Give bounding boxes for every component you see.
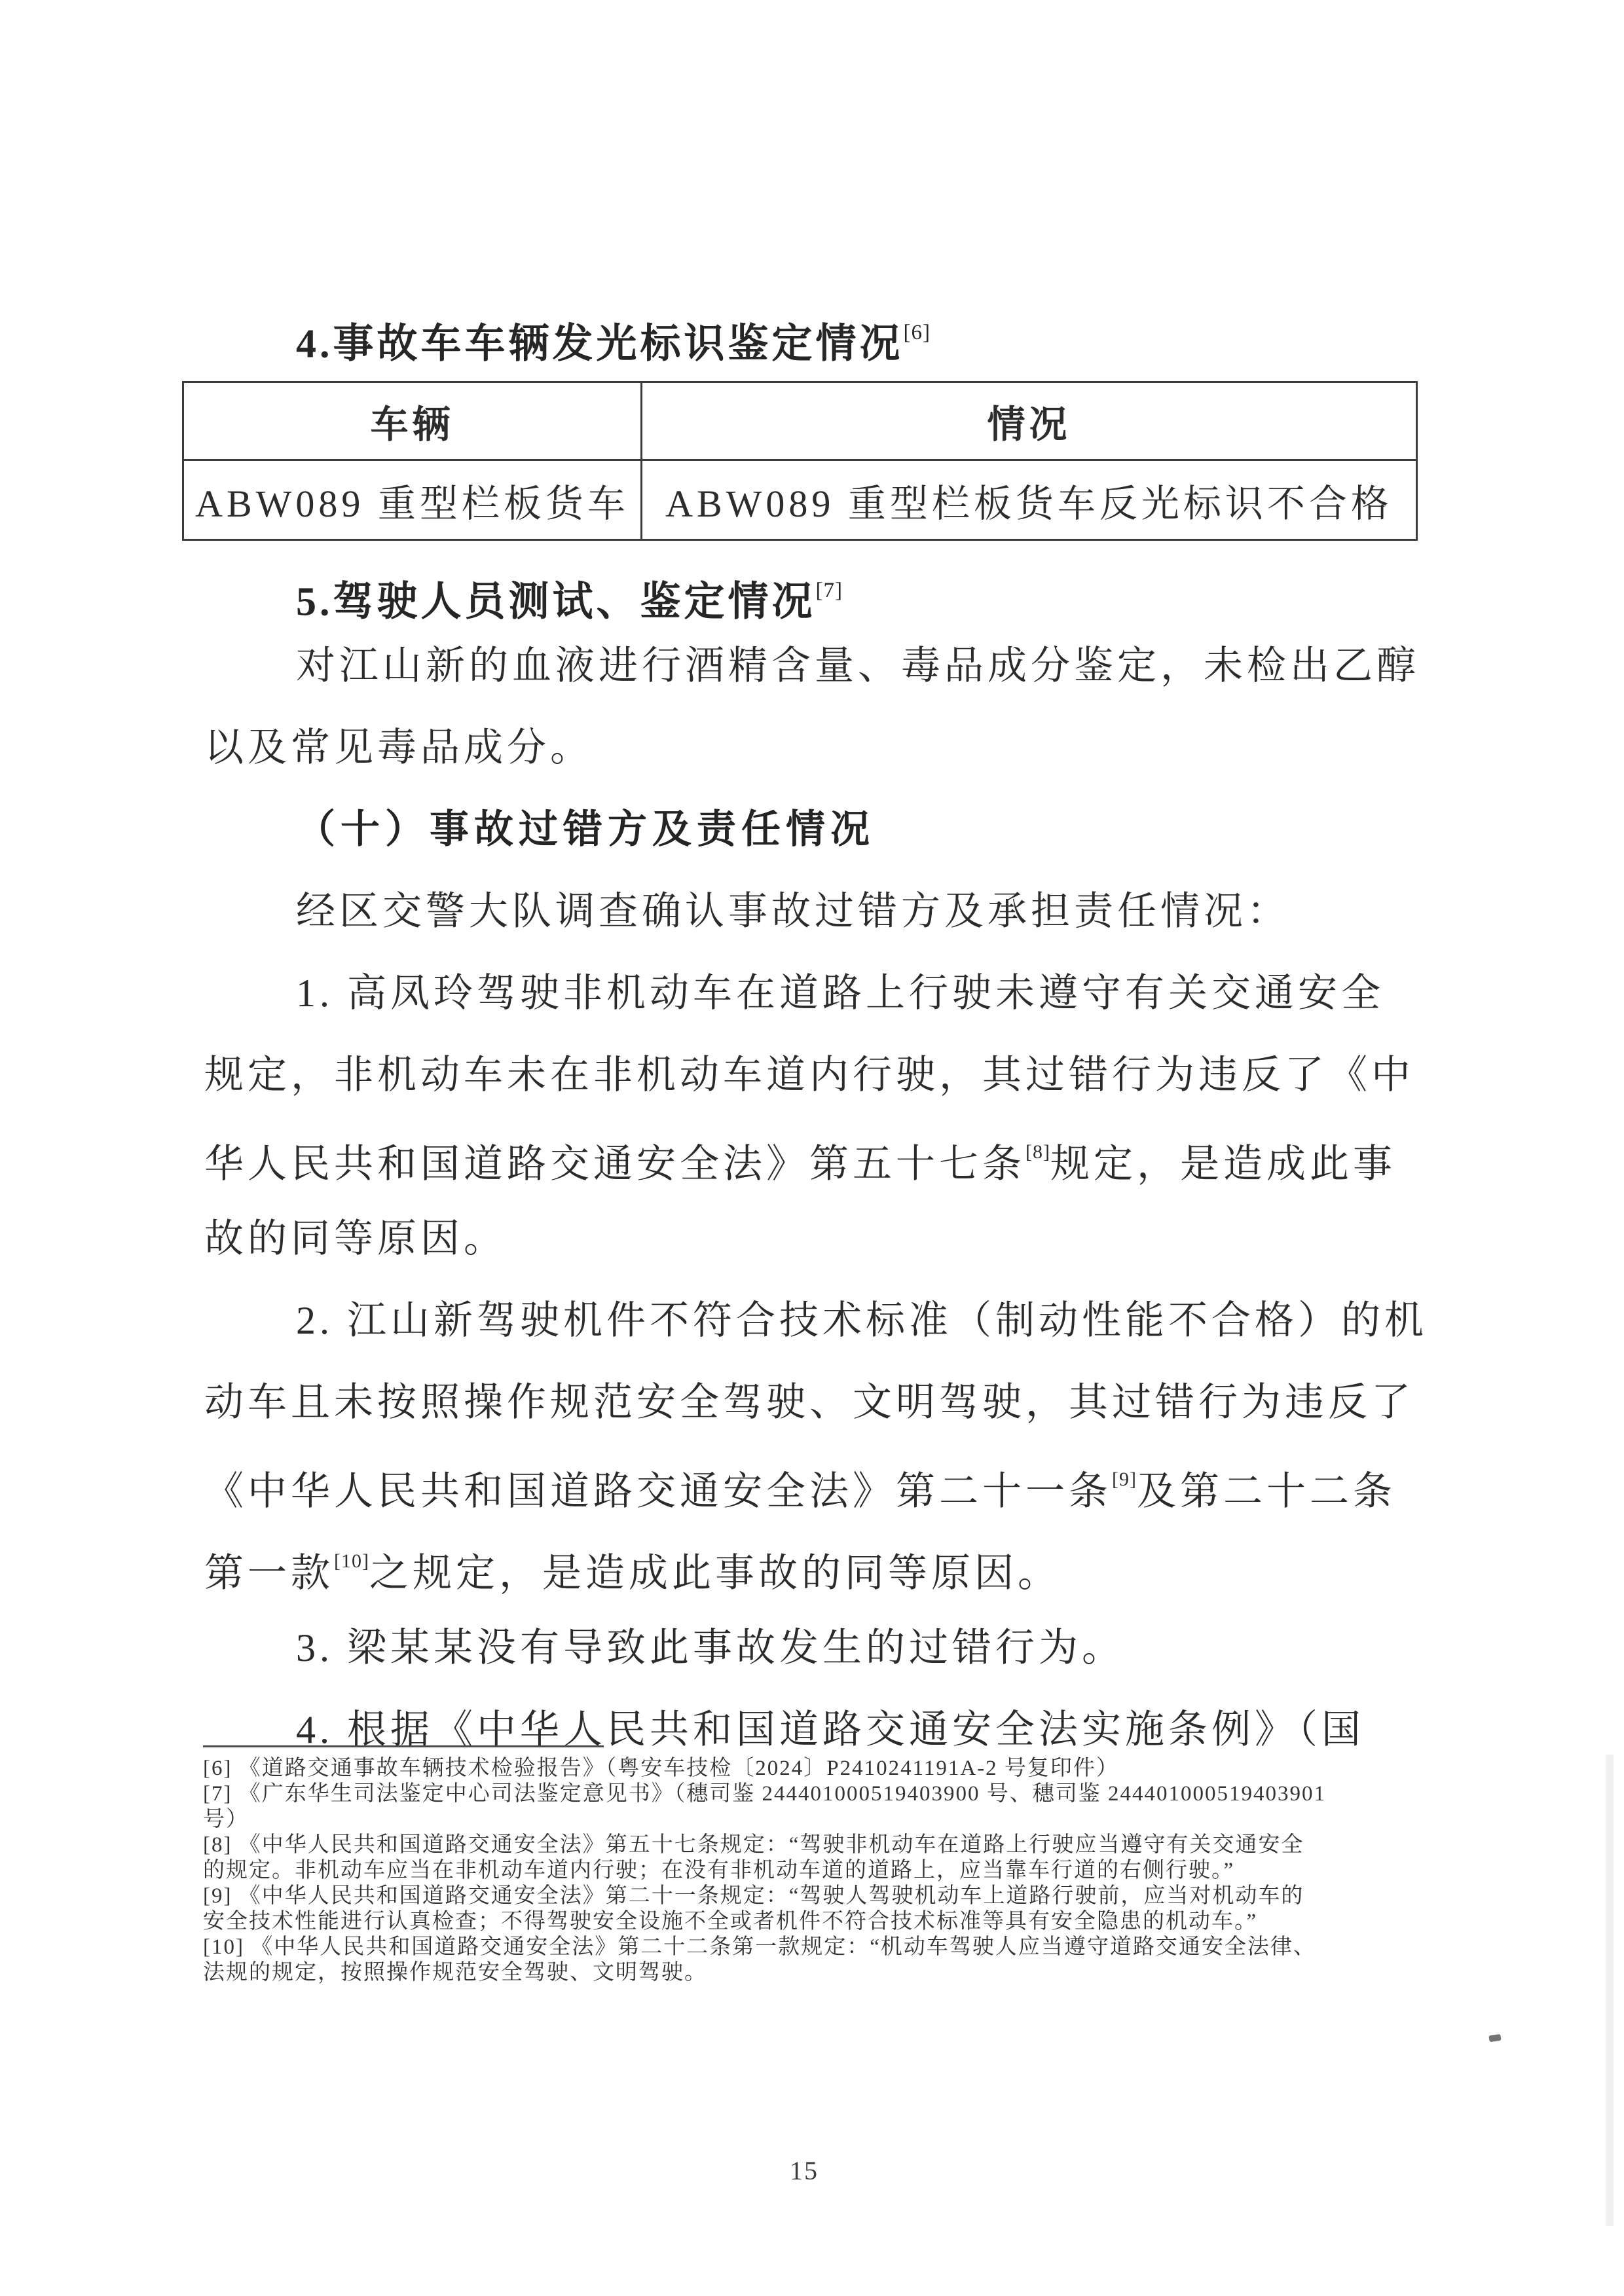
section4-heading-text: 4.事故车车辆发光标识鉴定情况	[296, 322, 904, 367]
body-line: 1. 高凤玲驾驶非机动车在道路上行驶未遵守有关交通安全	[204, 953, 1422, 1034]
table-header-vehicle: 车辆	[183, 382, 642, 460]
section5-heading: 5.驾驶人员测试、鉴定情况[7]	[296, 571, 843, 626]
table-cell-status: ABW089 重型栏板货车反光标识不合格	[642, 460, 1417, 540]
body-line: 3. 梁某某没有导致此事故发生的过错行为。	[204, 1607, 1422, 1689]
section5-heading-text: 5.驾驶人员测试、鉴定情况	[296, 580, 816, 625]
body-line: 对江山新的血液进行酒精含量、毒品成分鉴定，未检出乙醇	[204, 625, 1422, 707]
footnote-8-continued: 的规定。非机动车应当在非机动车道内行驶；在没有非机动车道的道路上，应当靠车行道的…	[203, 1858, 1434, 1884]
vehicle-identification-table: 车辆 情况 ABW089 重型栏板货车 ABW089 重型栏板货车反光标识不合格	[182, 381, 1418, 541]
footnote-6: [6] 《道路交通事故车辆技术检验报告》（粤安车技检〔2024〕P2410241…	[203, 1756, 1434, 1781]
footnote-8: [8] 《中华人民共和国道路交通安全法》第五十七条规定：“驾驶非机动车在道路上行…	[203, 1832, 1434, 1858]
page-number: 15	[752, 2155, 857, 2186]
table-row: ABW089 重型栏板货车 ABW089 重型栏板货车反光标识不合格	[183, 460, 1417, 540]
body-line: 经区交警大队调查确认事故过错方及承担责任情况：	[204, 871, 1422, 953]
footnote-9: [9] 《中华人民共和国道路交通安全法》第二十一条规定：“驾驶人驾驶机动车上道路…	[203, 1884, 1434, 1909]
body-line: 华人民共和国道路交通安全法》第五十七条[8]规定，是造成此事	[204, 1116, 1422, 1198]
body-line: 2. 江山新驾驶机件不符合技术标准（制动性能不合格）的机	[204, 1280, 1422, 1362]
body-line: 故的同等原因。	[204, 1198, 1422, 1280]
section10-heading: （十）事故过错方及责任情况	[204, 789, 1422, 871]
footnote-separator	[203, 1745, 604, 1747]
footnote-10: [10] 《中华人民共和国道路交通安全法》第二十二条第一款规定：“机动车驾驶人应…	[203, 1935, 1434, 1960]
footnote-ref-6: [6]	[904, 321, 931, 344]
table-header-status: 情况	[642, 382, 1417, 460]
section4-heading: 4.事故车车辆发光标识鉴定情况[6]	[296, 313, 931, 368]
footnote-7: [7] 《广东华生司法鉴定中心司法鉴定意见书》（穗司鉴 244401000519…	[203, 1781, 1434, 1807]
footnote-ref-8: [8]	[1025, 1141, 1050, 1163]
body-line: 《中华人民共和国道路交通安全法》第二十一条[9]及第二十二条	[204, 1444, 1422, 1525]
body-line: 第一款[10]之规定，是造成此事故的同等原因。	[204, 1525, 1422, 1607]
footnotes: [6] 《道路交通事故车辆技术检验报告》（粤安车技检〔2024〕P2410241…	[203, 1756, 1434, 1986]
footnote-9-continued: 安全技术性能进行认真检查；不得驾驶安全设施不全或者机件不符合技术标准等具有安全隐…	[203, 1909, 1434, 1935]
footnote-ref-10: [10]	[334, 1550, 369, 1572]
footnote-ref-7: [7]	[816, 579, 843, 602]
scan-speck	[1488, 2034, 1501, 2042]
scan-edge-band	[1606, 1755, 1614, 2226]
document-page: 4.事故车车辆发光标识鉴定情况[6] 车辆 情况 ABW089 重型栏板货车 A…	[0, 0, 1624, 2296]
footnote-10-continued: 法规的规定，按照操作规范安全驾驶、文明驾驶。	[203, 1960, 1434, 1986]
body-line: 规定，非机动车未在非机动车道内行驶，其过错行为违反了《中	[204, 1034, 1422, 1116]
table-header-row: 车辆 情况	[183, 382, 1417, 460]
table-cell-vehicle: ABW089 重型栏板货车	[183, 460, 642, 540]
body-text: 对江山新的血液进行酒精含量、毒品成分鉴定，未检出乙醇 以及常见毒品成分。 （十）…	[204, 625, 1422, 1771]
body-line: 动车且未按照操作规范安全驾驶、文明驾驶，其过错行为违反了	[204, 1362, 1422, 1444]
footnote-7-continued: 号）	[203, 1807, 1434, 1832]
body-line: 以及常见毒品成分。	[204, 707, 1422, 789]
footnote-ref-9: [9]	[1112, 1468, 1137, 1490]
